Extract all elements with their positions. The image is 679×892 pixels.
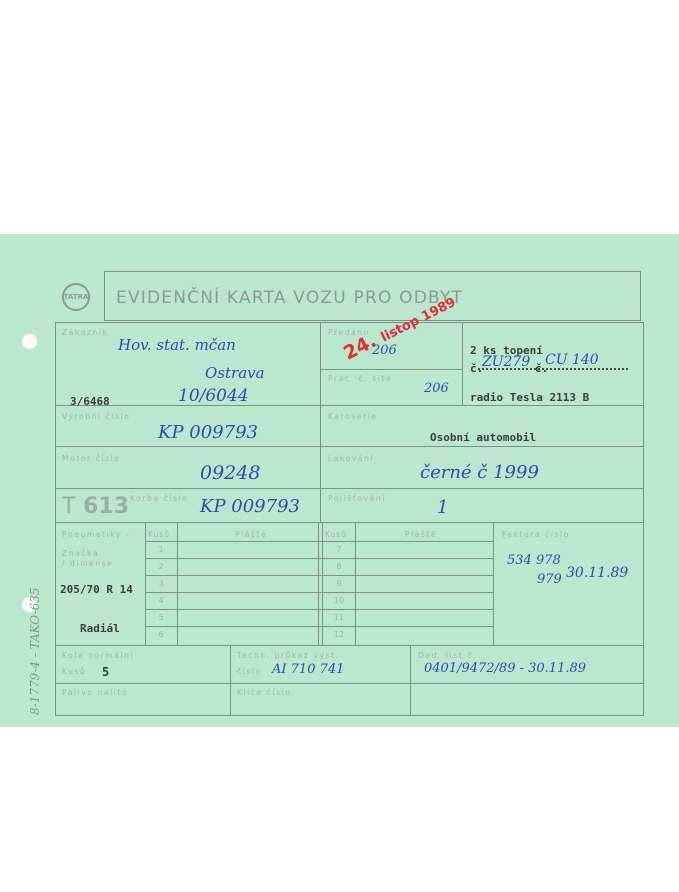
- wheels-label: Kola normální: [62, 651, 134, 660]
- margin-note: 8-1779-4 - TAKO-635: [28, 588, 42, 716]
- divider: [55, 405, 644, 406]
- row-number: 2: [146, 562, 176, 571]
- tires-label: Pneumatiky -: [62, 530, 130, 539]
- model-designation: T 613: [62, 494, 129, 519]
- divider: [145, 626, 493, 627]
- wheels-count-value: 5: [102, 665, 109, 679]
- tire-brand-label: Značka: [62, 549, 99, 558]
- production-number-label: Výrobní číslo: [62, 412, 130, 421]
- card-title: EVIDENČNÍ KARTA VOZU PRO ODBYT: [116, 288, 463, 308]
- insurance-value: 1: [437, 497, 448, 518]
- work-number-value: 206: [424, 381, 449, 396]
- left-tire-header: Plášťě: [235, 530, 267, 539]
- divider: [55, 488, 644, 489]
- customer-reference: 10/6044: [178, 386, 249, 406]
- row-number: 10: [324, 596, 354, 605]
- customer-name: Hov. stat. mčan: [118, 336, 236, 354]
- body-type-label: Karoserie: [328, 412, 378, 421]
- wheels-count-label: Kusů: [62, 667, 86, 676]
- divider: [410, 645, 411, 716]
- divider: [145, 541, 493, 542]
- radio-text: radio Tesla 2113 B: [470, 391, 589, 404]
- heating-number-2: CU 140: [545, 352, 599, 368]
- tech-card-number-label: číslo: [237, 667, 262, 676]
- body-type-value: Osobní automobil: [430, 431, 536, 444]
- divider: [145, 558, 493, 559]
- divider: [55, 645, 644, 646]
- divider: [493, 522, 494, 645]
- production-number-value: KP 009793: [158, 422, 258, 443]
- invoice-label: Faktura číslo: [502, 530, 570, 539]
- punch-hole-top: [21, 333, 38, 350]
- delivery-note-label: Dod. list č.: [418, 651, 477, 660]
- invoice-number-2: 979: [537, 572, 562, 587]
- tire-type-value: Radiál: [80, 622, 120, 635]
- chassis-number-label: Korba číslo: [130, 494, 188, 503]
- invoice-number-1: 534 978: [507, 553, 561, 568]
- work-number-label: Prac. č. síta: [328, 374, 392, 383]
- tech-card-label: Techn. průkaz vyst.: [237, 651, 340, 660]
- paint-value: černé č 1999: [420, 462, 539, 483]
- engine-number-label: Motor číslo: [62, 454, 120, 463]
- row-number: 6: [146, 630, 176, 639]
- customer-label: Zákazník: [62, 328, 108, 337]
- divider: [320, 369, 462, 370]
- divider: [230, 645, 231, 716]
- tech-card-value: AI 710 741: [272, 662, 344, 677]
- row-number: 5: [146, 613, 176, 622]
- engine-number-value: 09248: [200, 462, 260, 484]
- row-number: 9: [324, 579, 354, 588]
- row-number: 3: [146, 579, 176, 588]
- divider: [145, 575, 493, 576]
- tire-dimension-value: 205/70 R 14: [60, 583, 133, 596]
- fuel-label: Palivo nalito: [62, 688, 128, 697]
- customer-city: Ostrava: [205, 364, 265, 382]
- divider: [55, 446, 644, 447]
- insurance-label: Pojišťování: [328, 494, 386, 503]
- delivery-note-value: 0401/9472/89 - 30.11.89: [424, 661, 586, 676]
- row-number: 8: [324, 562, 354, 571]
- divider: [320, 322, 321, 522]
- row-number: 1: [146, 545, 176, 554]
- row-number: 7: [324, 545, 354, 554]
- tire-dimension-label: / dimense: [62, 559, 113, 568]
- divider: [462, 322, 463, 405]
- invoice-date: 30.11.89: [566, 565, 628, 581]
- divider: [55, 522, 644, 523]
- order-number: 3/6468: [70, 395, 110, 408]
- dotted-line: [478, 368, 628, 370]
- row-number: 11: [324, 613, 354, 622]
- right-count-header: Kusů: [325, 530, 347, 539]
- tatra-logo-icon: TATRA: [62, 283, 90, 311]
- divider: [145, 592, 493, 593]
- keys-label: Klíče číslo: [237, 688, 292, 697]
- row-number: 12: [324, 630, 354, 639]
- divider: [55, 683, 644, 684]
- row-number: 4: [146, 596, 176, 605]
- chassis-number-value: KP 009793: [200, 496, 300, 517]
- left-count-header: Kusů: [148, 530, 170, 539]
- right-tire-header: Plášťě: [405, 530, 437, 539]
- paint-label: Lakování: [328, 454, 374, 463]
- divider: [145, 609, 493, 610]
